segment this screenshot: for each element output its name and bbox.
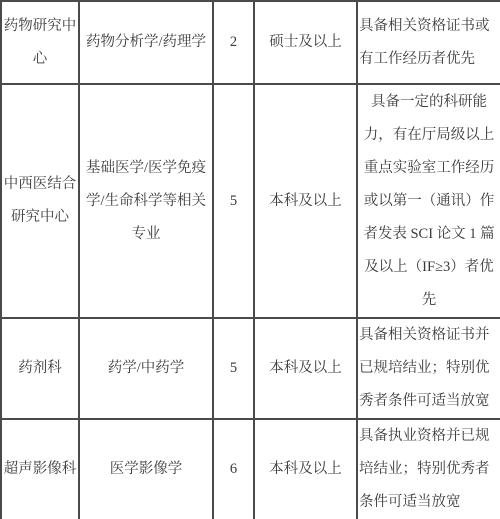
cell-requirements: 具备一定的科研能 力，有在厅局级以上 重点实验室工作经历 或以第一（通讯）作 者…	[357, 84, 500, 318]
table-row: 中西医结合 研究中心基础医学/医学免疫 学/生命科学等相关 专业5本科及以上具备…	[1, 84, 500, 318]
cell-department: 药物研究中 心	[1, 1, 79, 84]
cell-count: 5	[213, 318, 254, 419]
cell-department: 中西医结合 研究中心	[1, 84, 79, 318]
table-row: 超声影像科医学影像学6本科及以上具备执业资格并已规 培结业；特别优秀者 条件可适…	[1, 419, 500, 519]
cell-education: 本科及以上	[254, 84, 357, 318]
recruitment-table-body: 药物研究中 心药物分析学/药理学2硕士及以上具备相关资格证书或 有工作经历者优先…	[1, 1, 500, 519]
cell-department: 药剂科	[1, 318, 79, 419]
cell-major: 药学/中药学	[79, 318, 213, 419]
cell-count: 6	[213, 419, 254, 519]
cell-major: 基础医学/医学免疫 学/生命科学等相关 专业	[79, 84, 213, 318]
cell-department: 超声影像科	[1, 419, 79, 519]
cell-education: 本科及以上	[254, 419, 357, 519]
cell-education: 本科及以上	[254, 318, 357, 419]
cell-requirements: 具备相关资格证书并 已规培结业；特别优 秀者条件可适当放宽	[357, 318, 500, 419]
cell-major: 医学影像学	[79, 419, 213, 519]
cell-major: 药物分析学/药理学	[79, 1, 213, 84]
recruitment-notice-page: 药物研究中 心药物分析学/药理学2硕士及以上具备相关资格证书或 有工作经历者优先…	[0, 0, 500, 519]
cell-education: 硕士及以上	[254, 1, 357, 84]
table-row: 药物研究中 心药物分析学/药理学2硕士及以上具备相关资格证书或 有工作经历者优先	[1, 1, 500, 84]
cell-count: 5	[213, 84, 254, 318]
cell-count: 2	[213, 1, 254, 84]
recruitment-table: 药物研究中 心药物分析学/药理学2硕士及以上具备相关资格证书或 有工作经历者优先…	[0, 0, 500, 519]
table-row: 药剂科药学/中药学5本科及以上具备相关资格证书并 已规培结业；特别优 秀者条件可…	[1, 318, 500, 419]
cell-requirements: 具备执业资格并已规 培结业；特别优秀者 条件可适当放宽	[357, 419, 500, 519]
cell-requirements: 具备相关资格证书或 有工作经历者优先	[357, 1, 500, 84]
